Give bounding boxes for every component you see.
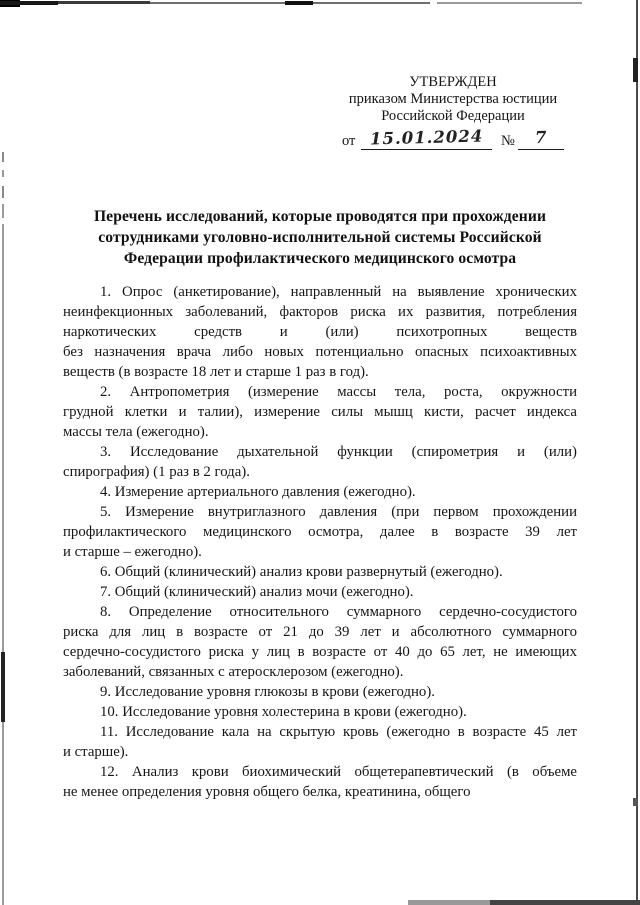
scan-artifact-bottom-edge-1 bbox=[408, 900, 490, 905]
handwritten-number: 7 bbox=[534, 129, 547, 147]
document-body: 1. Опрос (анкетирование), направленный н… bbox=[63, 282, 577, 802]
paragraph-11-line-2: и старше). bbox=[63, 742, 577, 762]
scan-artifact-left-dash-4 bbox=[2, 204, 4, 218]
paragraph-8-line-2: риска для лиц в возрасте от 21 до 39 лет… bbox=[63, 622, 577, 642]
paragraph-6: 6. Общий (клинический) анализ крови разв… bbox=[63, 562, 577, 582]
approval-date-row: от 15.01.2024 № 7 bbox=[342, 129, 564, 150]
scan-artifact-top-edge-4 bbox=[285, 1, 313, 5]
paragraph-5-line-3: и старше – ежегодно). bbox=[63, 542, 577, 562]
number-underline: 7 bbox=[518, 129, 564, 150]
paragraph-12-line-1: 12. Анализ крови биохимический общетерап… bbox=[63, 762, 577, 782]
title-line-3: Федерации профилактического медицинского… bbox=[63, 248, 577, 269]
scan-artifact-left-dash-3 bbox=[2, 186, 4, 198]
approval-line-ministry: Российской Федерации bbox=[342, 108, 564, 125]
scan-artifact-right-edge bbox=[636, 0, 638, 905]
paragraph-11: 11. Исследование кала на скрытую кровь (… bbox=[63, 722, 577, 762]
paragraph-1-line-3: наркотических средств и (или) психотропн… bbox=[63, 322, 577, 342]
approval-line-approved: УТВЕРЖДЕН bbox=[342, 74, 564, 91]
paragraph-4: 4. Измерение артериального давления (еже… bbox=[63, 482, 577, 502]
paragraph-1: 1. Опрос (анкетирование), направленный н… bbox=[63, 282, 577, 382]
paragraph-8: 8. Определение относительного суммарного… bbox=[63, 602, 577, 682]
date-underline: 15.01.2024 bbox=[361, 129, 492, 150]
paragraph-8-line-3: сердечно-сосудистого риска у лиц в возра… bbox=[63, 642, 577, 662]
paragraph-12: 12. Анализ крови биохимический общетерап… bbox=[63, 762, 577, 802]
paragraph-5: 5. Измерение внутриглазного давления (пр… bbox=[63, 502, 577, 562]
paragraph-5-line-2: профилактического медицинского осмотра, … bbox=[63, 522, 577, 542]
paragraph-7-line-1: 7. Общий (клинический) анализ мочи (ежег… bbox=[63, 582, 577, 602]
paragraph-12-line-2: не менее определения уровня общего белка… bbox=[63, 782, 577, 802]
approval-block: УТВЕРЖДЕН приказом Министерства юстиции … bbox=[342, 74, 564, 150]
paragraph-1-line-2: неинфекционных заболеваний, факторов рис… bbox=[63, 302, 577, 322]
paragraph-3-line-2: спирография) (1 раз в 2 года). bbox=[63, 462, 577, 482]
paragraph-3-line-1: 3. Исследование дыхательной функции (спи… bbox=[63, 442, 577, 462]
scan-artifact-left-edge bbox=[2, 224, 4, 905]
scan-artifact-left-dash-2 bbox=[2, 170, 4, 177]
scan-artifact-top-edge-5 bbox=[437, 2, 582, 4]
paragraph-2: 2. Антропометрия (измерение массы тела, … bbox=[63, 382, 577, 442]
paragraph-6-line-1: 6. Общий (клинический) анализ крови разв… bbox=[63, 562, 577, 582]
scanned-document-page: УТВЕРЖДЕН приказом Министерства юстиции … bbox=[0, 0, 640, 905]
scan-artifact-top-edge-1 bbox=[0, 1, 58, 5]
paragraph-4-line-1: 4. Измерение артериального давления (еже… bbox=[63, 482, 577, 502]
paragraph-5-line-1: 5. Измерение внутриглазного давления (пр… bbox=[63, 502, 577, 522]
number-prefix-label: № bbox=[501, 133, 515, 150]
paragraph-8-line-1: 8. Определение относительного суммарного… bbox=[63, 602, 577, 622]
paragraph-2-line-3: массы тела (ежегодно). bbox=[63, 422, 577, 442]
paragraph-2-line-1: 2. Антропометрия (измерение массы тела, … bbox=[63, 382, 577, 402]
scan-artifact-top-edge-2 bbox=[58, 1, 150, 4]
paragraph-9-line-1: 9. Исследование уровня глюкозы в крови (… bbox=[63, 682, 577, 702]
scan-artifact-bottom-edge-2 bbox=[490, 900, 640, 905]
paragraph-11-line-1: 11. Исследование кала на скрытую кровь (… bbox=[63, 722, 577, 742]
paragraph-1-line-5: веществ (в возрасте 18 лет и старше 1 ра… bbox=[63, 362, 577, 382]
paragraph-8-line-4: заболеваний, связанных с атеросклерозом … bbox=[63, 662, 577, 682]
handwritten-date: 15.01.2024 bbox=[370, 128, 484, 149]
scan-artifact-left-dark-segment bbox=[1, 652, 5, 722]
paragraph-1-line-4: без назначения врача либо новых потенциа… bbox=[63, 342, 577, 362]
title-line-2: сотрудниками уголовно-исполнительной сис… bbox=[63, 227, 577, 248]
paragraph-10-line-1: 10. Исследование уровня холестерина в кр… bbox=[63, 702, 577, 722]
date-prefix-label: от bbox=[342, 133, 355, 150]
title-line-1: Перечень исследований, которые проводятс… bbox=[63, 206, 577, 227]
paragraph-10: 10. Исследование уровня холестерина в кр… bbox=[63, 702, 577, 722]
paragraph-7: 7. Общий (клинический) анализ мочи (ежег… bbox=[63, 582, 577, 602]
scan-artifact-left-dash-1 bbox=[2, 152, 4, 162]
paragraph-2-line-2: грудной клетки и талии), измерение силы … bbox=[63, 402, 577, 422]
scan-artifact-right-mark-1 bbox=[633, 58, 638, 82]
approval-line-order: приказом Министерства юстиции bbox=[342, 91, 564, 108]
document-title: Перечень исследований, которые проводятс… bbox=[63, 206, 577, 269]
paragraph-9: 9. Исследование уровня глюкозы в крови (… bbox=[63, 682, 577, 702]
paragraph-3: 3. Исследование дыхательной функции (спи… bbox=[63, 442, 577, 482]
scan-artifact-right-mark-2 bbox=[633, 798, 638, 806]
paragraph-1-line-1: 1. Опрос (анкетирование), направленный н… bbox=[63, 282, 577, 302]
